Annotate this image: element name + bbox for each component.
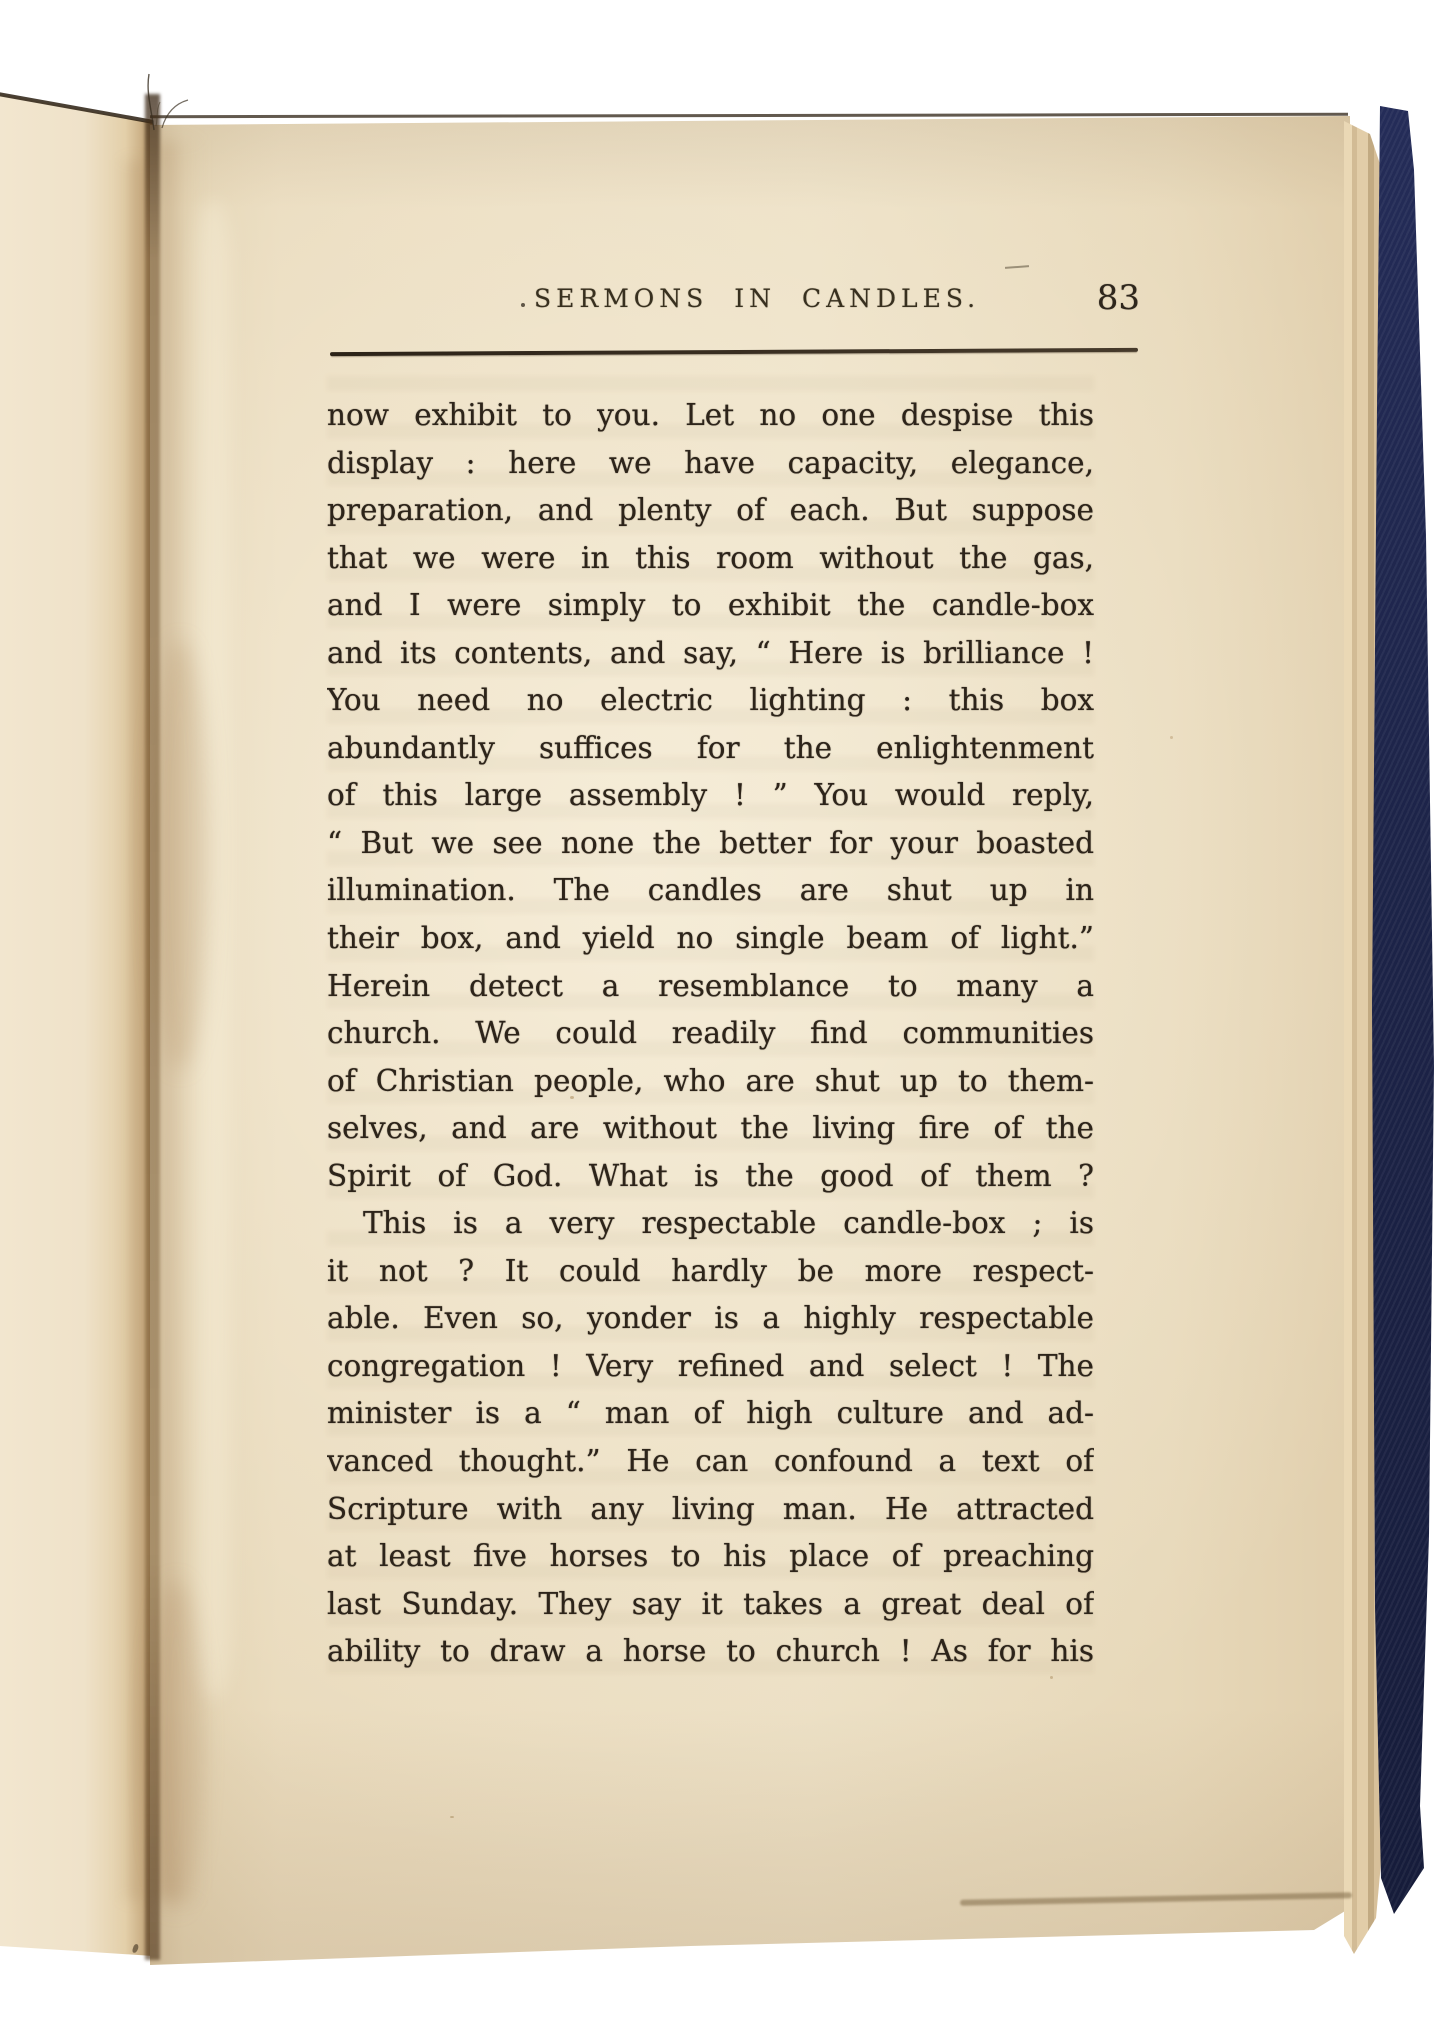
text-line-content: illumination. The candles are shut up in: [327, 873, 1094, 907]
gutter-shadow: [112, 160, 142, 1900]
text-line-content: able. Even so, yonder is a highly respec…: [327, 1301, 1094, 1335]
text-line: now exhibit to you. Let no one despise t…: [327, 392, 1094, 440]
cover-cloth-edge: [1372, 106, 1438, 1914]
running-title: SERMONS IN CANDLES.: [534, 284, 980, 313]
text-line: of Christian people, who are shut up to …: [327, 1058, 1094, 1106]
text-line-content: of this large assembly ! ” You would rep…: [327, 778, 1094, 812]
gutter-crease: [145, 94, 160, 1960]
text-line: of this large assembly ! ” You would rep…: [327, 772, 1094, 820]
text-line: vanced thought.” He can confound a text …: [327, 1438, 1094, 1486]
text-line-content: that we were in this room without the ga…: [327, 541, 1094, 575]
text-line-content: minister is a “ man of high culture and …: [327, 1396, 1094, 1430]
text-line: it not ? It could hardly be more respect…: [327, 1248, 1094, 1296]
paper-speck: [1170, 736, 1173, 739]
text-line-content: “ But we see none the better for your bo…: [327, 826, 1094, 860]
body-text: now exhibit to you. Let no one despise t…: [327, 392, 1094, 1676]
text-line-content: Scripture with any living man. He attrac…: [327, 1492, 1094, 1526]
text-line-content: and its contents, and say, “ Here is bri…: [327, 636, 1094, 670]
text-line-content: You need no electric lighting : this box: [327, 683, 1094, 717]
paper-speck: [570, 1096, 574, 1099]
text-line: their box, and yield no single beam of l…: [327, 915, 1094, 963]
text-line-content: display : here we have capacity, eleganc…: [327, 446, 1094, 480]
text-line-content: now exhibit to you. Let no one despise t…: [327, 398, 1094, 432]
paper-fibers-icon: [96, 52, 236, 142]
text-line-content: Herein detect a resemblance to many a: [327, 969, 1094, 1003]
text-line: selves, and are without the living fire …: [327, 1105, 1094, 1153]
text-line: You need no electric lighting : this box: [327, 677, 1094, 725]
book-page: SERMONS IN CANDLES. 83 now exhibit to yo…: [150, 116, 1350, 1966]
text-line-content: at least five horses to his place of pre…: [327, 1539, 1094, 1573]
text-line: Herein detect a resemblance to many a: [327, 963, 1094, 1011]
text-line-content: last Sunday. They say it takes a great d…: [327, 1587, 1094, 1621]
text-line-content: selves, and are without the living fire …: [327, 1111, 1094, 1145]
text-line: Scripture with any living man. He attrac…: [327, 1486, 1094, 1534]
text-line-content: it not ? It could hardly be more respect…: [327, 1254, 1094, 1288]
paper-speck: [1050, 1676, 1053, 1679]
text-line-content: congregation ! Very refined and select !…: [327, 1349, 1094, 1383]
text-line: able. Even so, yonder is a highly respec…: [327, 1295, 1094, 1343]
text-line: illumination. The candles are shut up in: [327, 867, 1094, 915]
header-rule: [330, 348, 1138, 356]
paper-speck: [450, 1816, 454, 1818]
text-line: that we were in this room without the ga…: [327, 535, 1094, 583]
text-line: “ But we see none the better for your bo…: [327, 820, 1094, 868]
text-line: congregation ! Very refined and select !…: [327, 1343, 1094, 1391]
text-line: display : here we have capacity, eleganc…: [327, 440, 1094, 488]
text-line-content: church. We could readily find communitie…: [327, 1016, 1094, 1050]
text-line-content: their box, and yield no single beam of l…: [327, 921, 1094, 955]
text-line: at least five horses to his place of pre…: [327, 1533, 1094, 1581]
text-line: minister is a “ man of high culture and …: [327, 1390, 1094, 1438]
text-line: church. We could readily find communitie…: [327, 1010, 1094, 1058]
stray-ink-dot: [521, 303, 525, 307]
text-line: and its contents, and say, “ Here is bri…: [327, 630, 1094, 678]
text-line: This is a very respectable candle-box ; …: [327, 1200, 1094, 1248]
text-line-content: vanced thought.” He can confound a text …: [327, 1444, 1094, 1478]
text-line-content: Spirit of God. What is the good of them …: [327, 1159, 1094, 1193]
text-line-content: preparation, and plenty of each. But sup…: [327, 493, 1094, 527]
text-line: preparation, and plenty of each. But sup…: [327, 487, 1094, 535]
text-line: ability to draw a horse to church ! As f…: [327, 1628, 1094, 1676]
text-line-content: abundantly suffices for the enlightenmen…: [327, 731, 1094, 765]
text-line: abundantly suffices for the enlightenmen…: [327, 725, 1094, 773]
page-number: 83: [980, 278, 1140, 318]
text-line-content: of Christian people, who are shut up to …: [327, 1064, 1094, 1098]
text-line-content: ability to draw a horse to church ! As f…: [327, 1634, 1094, 1668]
text-line: Spirit of God. What is the good of them …: [327, 1153, 1094, 1201]
book-photo: SERMONS IN CANDLES. 83 now exhibit to yo…: [0, 0, 1445, 2023]
stray-pencil-dash: [1005, 265, 1029, 269]
text-line: last Sunday. They say it takes a great d…: [327, 1581, 1094, 1629]
text-line-content: and I were simply to exhibit the candle-…: [327, 588, 1094, 622]
text-line-content: This is a very respectable candle-box ; …: [363, 1206, 1094, 1240]
text-line: and I were simply to exhibit the candle-…: [327, 582, 1094, 630]
